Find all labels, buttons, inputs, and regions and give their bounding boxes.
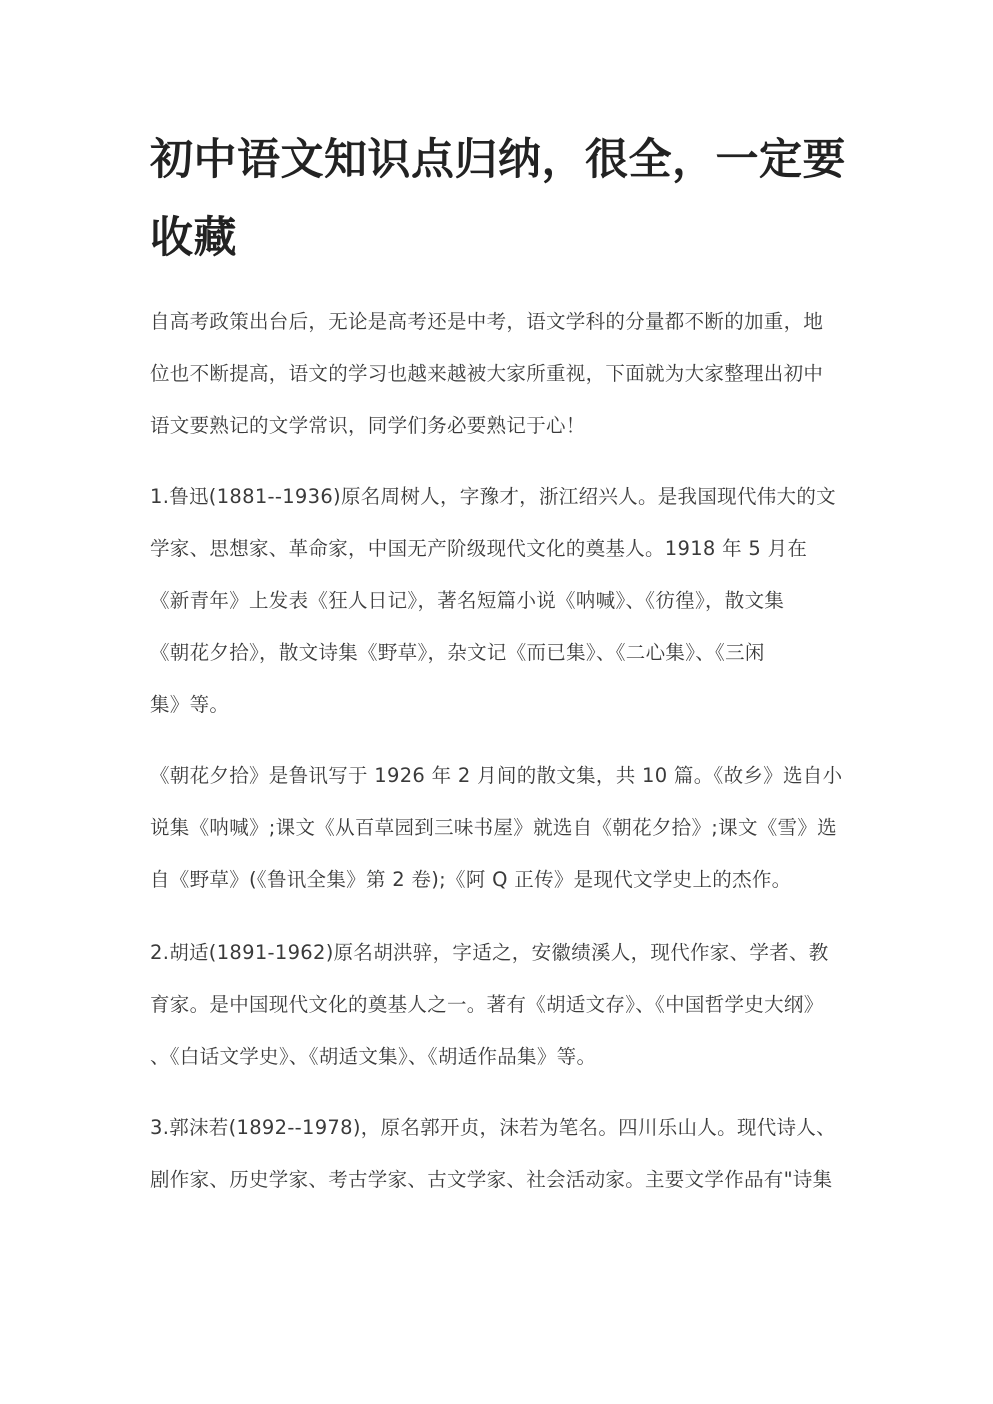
- text-line: 自高考政策出台后，无论是高考还是中考，语文学科的分量都不断的加重，地: [150, 307, 823, 337]
- page-title-line: 收藏: [150, 210, 237, 266]
- text-line: 育家。是中国现代文化的奠基人之一。著有《胡适文存》、《中国哲学史大纲》: [150, 990, 824, 1020]
- text-line: 《朝花夕拾》，散文诗集《野草》，杂文记《而已集》、《二心集》、《三闲: [150, 638, 765, 668]
- text-line: 语文要熟记的文学常识，同学们务必要熟记于心！: [150, 411, 586, 441]
- text-line: 《朝花夕拾》是鲁讯写于 1926 年 2 月间的散文集，共 10 篇。《故乡》选…: [150, 761, 842, 791]
- text-line: 位也不断提高，语文的学习也越来越被大家所重视，下面就为大家整理出初中: [150, 359, 823, 389]
- text-line: 说集《呐喊》;课文《从百草园到三味书屋》就选自《朝花夕拾》;课文《雪》选: [150, 813, 837, 843]
- text-line: 剧作家、历史学家、考古学家、古文学家、社会活动家。主要文学作品有"诗集: [150, 1165, 832, 1195]
- text-line: 学家、思想家、革命家，中国无产阶级现代文化的奠基人。1918 年 5 月在: [150, 534, 807, 564]
- text-line: 自《野草》(《鲁讯全集》第 2 卷);《阿 Q 正传》是现代文学史上的杰作。: [150, 865, 791, 895]
- text-line: 1.鲁迅(1881--1936)原名周树人，字豫才，浙江绍兴人。是我国现代伟大的…: [150, 482, 836, 512]
- text-line: 《新青年》上发表《狂人日记》，著名短篇小说《呐喊》、《彷徨》，散文集: [150, 586, 784, 616]
- text-line: 、《白话文学史》、《胡适文集》、《胡适作品集》等。: [150, 1042, 596, 1072]
- text-line: 2.胡适(1891-1962)原名胡洪骍，字适之，安徽绩溪人，现代作家、学者、教: [150, 938, 829, 968]
- text-line: 集》等。: [150, 690, 229, 720]
- page-title-line: 初中语文知识点归纳，很全，一定要: [150, 132, 846, 188]
- text-line: 3.郭沫若(1892--1978)，原名郭开贞，沫若为笔名。四川乐山人。现代诗人…: [150, 1113, 836, 1143]
